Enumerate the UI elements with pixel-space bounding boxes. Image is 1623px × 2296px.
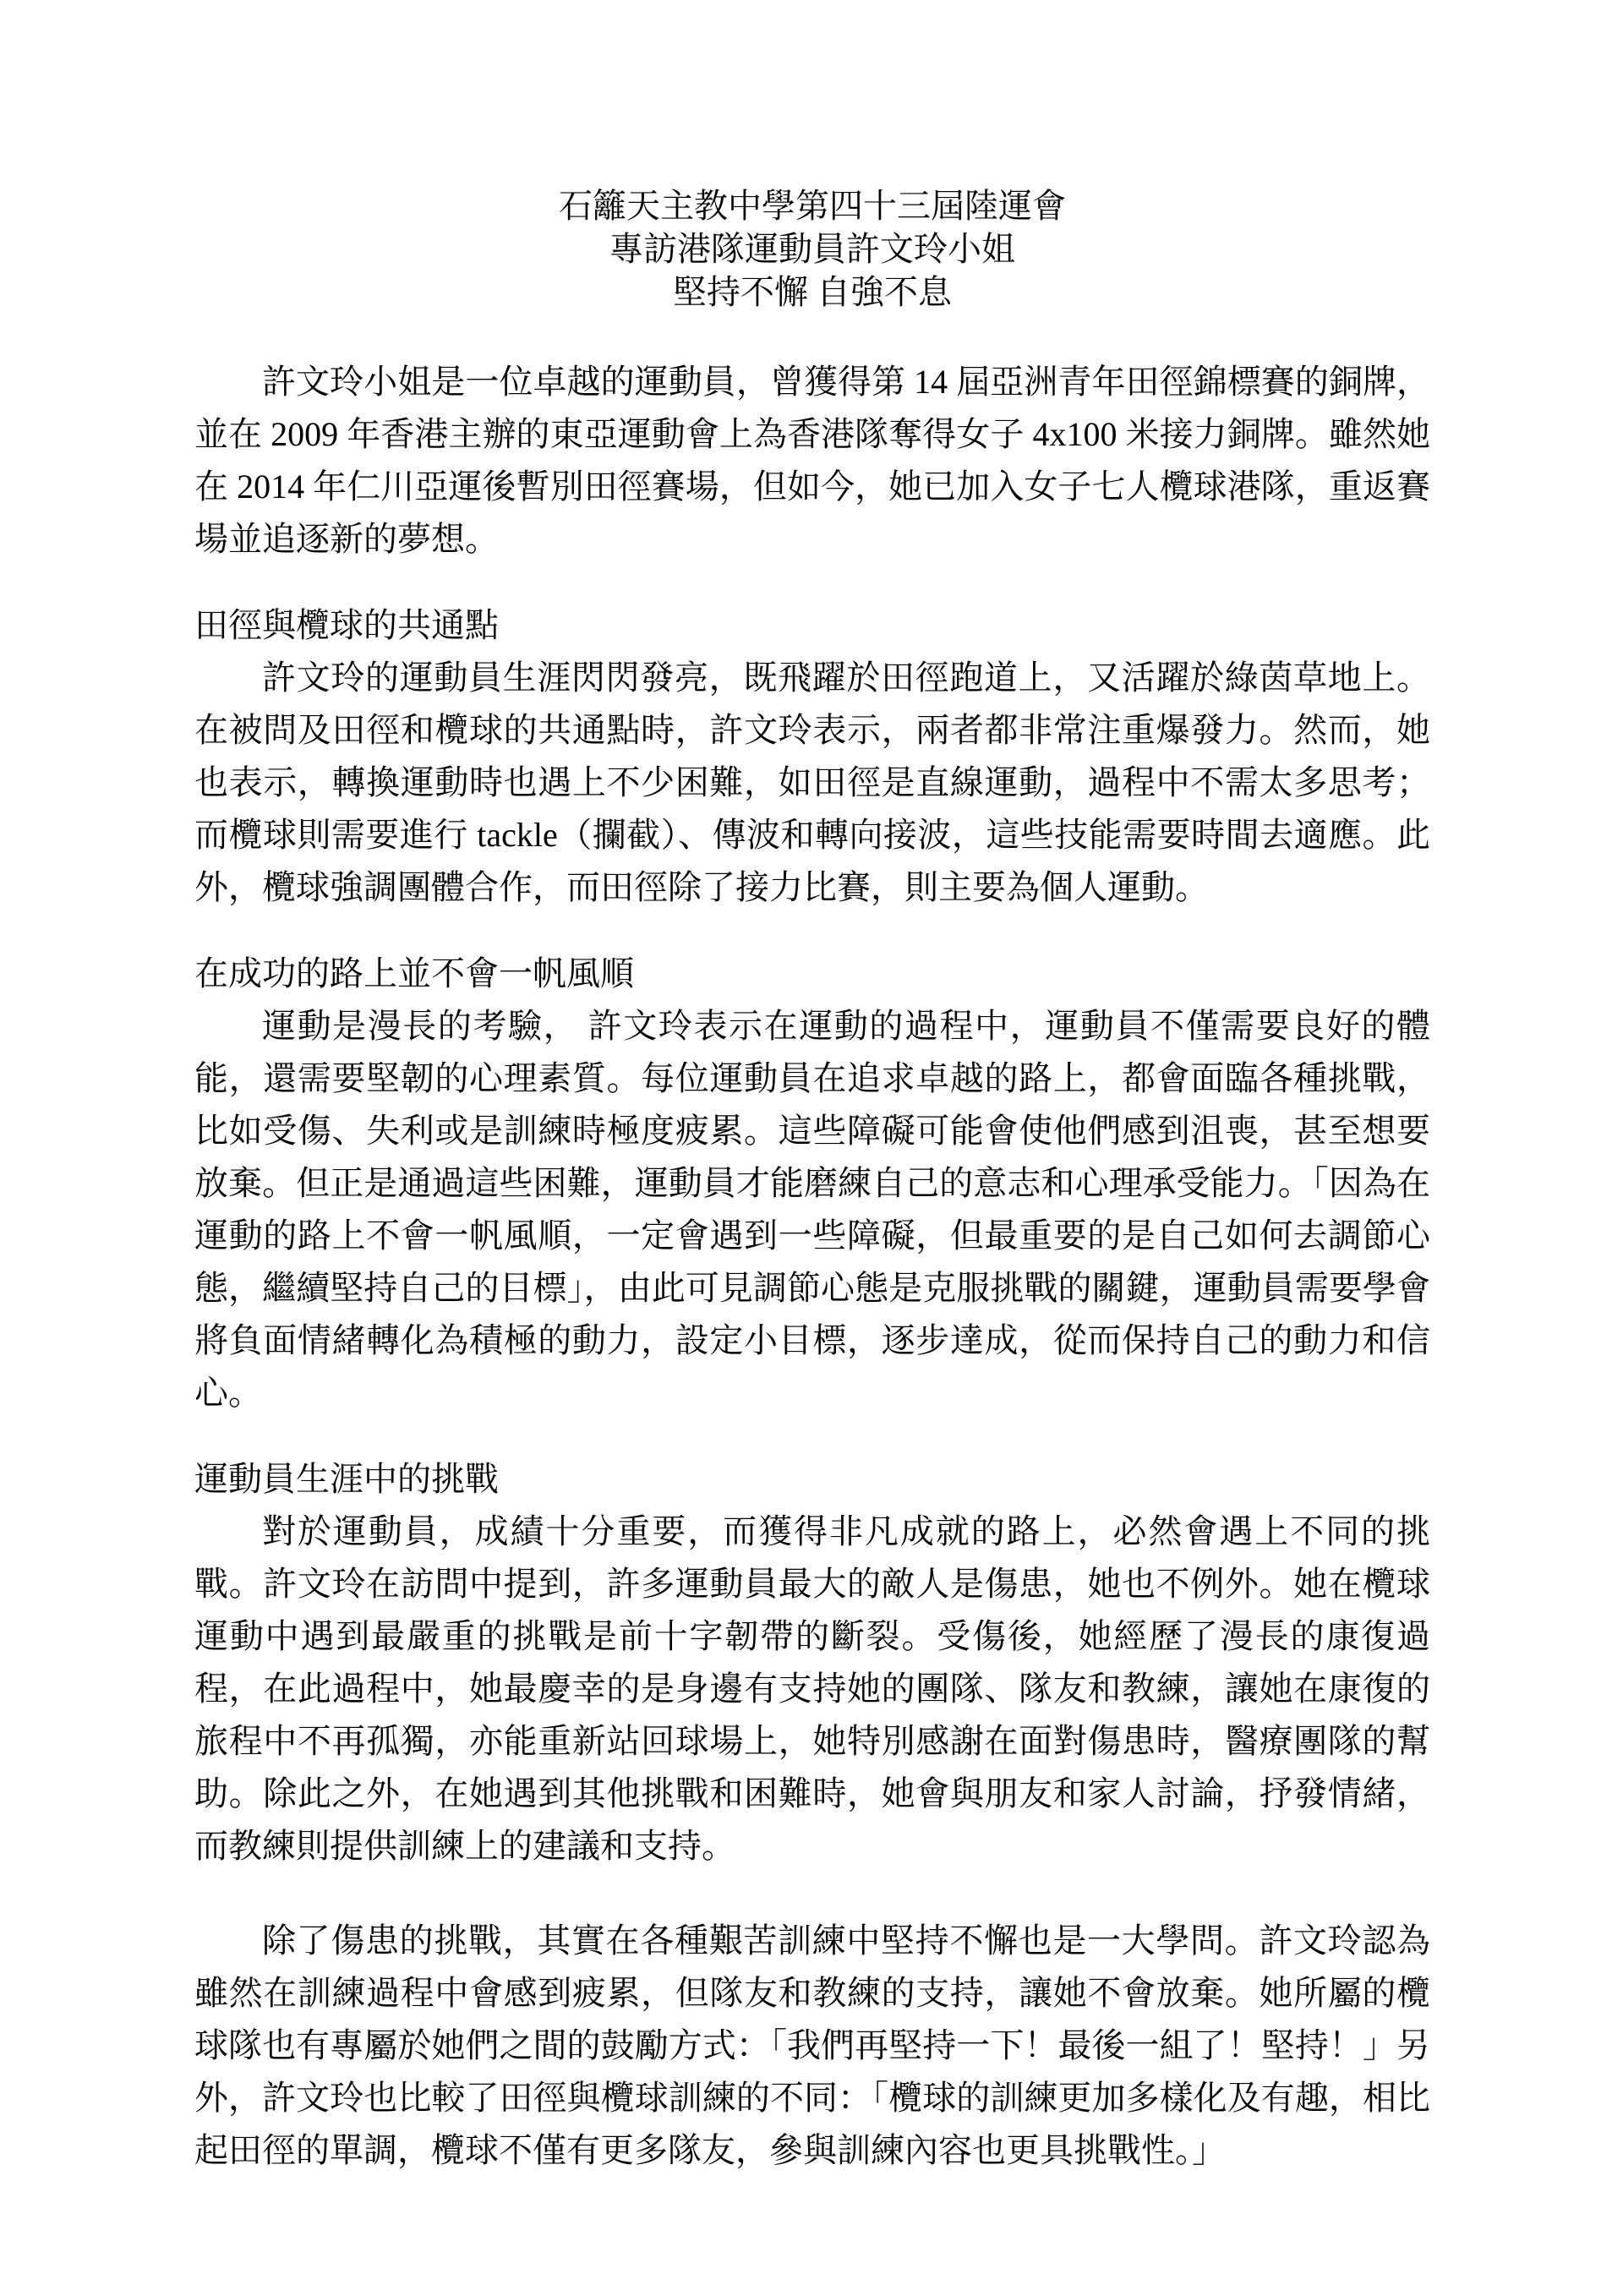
paragraph-mindset: 運動是漫長的考驗， 許文玲表示在運動的過程中，運動員不僅需要良好的體能，還需要堅…: [194, 1000, 1430, 1419]
paragraph-injury-challenges: 對於運動員，成績十分重要，而獲得非凡成就的路上，必然會遇上不同的挑戰。許文玲在訪…: [194, 1506, 1430, 1872]
heading-common-points: 田徑與欖球的共通點: [194, 599, 1430, 652]
title-line-interview-subject: 專訪港隊運動員許文玲小姐: [194, 227, 1430, 271]
heading-career-challenges: 運動員生涯中的挑戰: [194, 1453, 1430, 1506]
title-line-event: 石籬天主教中學第四十三屆陸運會: [194, 184, 1430, 227]
paragraph-common-points: 許文玲的運動員生涯閃閃發亮，既飛躍於田徑跑道上，又活躍於綠茵草地上。在被問及田徑…: [194, 652, 1430, 914]
paragraph-training-perseverance: 除了傷患的挑戰，其實在各種艱苦訓練中堅持不懈也是一大學問。許文玲認為雖然在訓練過…: [194, 1915, 1430, 2177]
document-page: 石籬天主教中學第四十三屆陸運會 專訪港隊運動員許文玲小姐 堅持不懈 自強不息 許…: [0, 0, 1623, 2296]
paragraph-intro: 許文玲小姐是一位卓越的運動員，曾獲得第 14 屆亞洲青年田徑錦標賽的銅牌，並在 …: [194, 356, 1430, 566]
title-line-motto: 堅持不懈 自強不息: [194, 271, 1430, 314]
heading-road-to-success: 在成功的路上並不會一帆風順: [194, 948, 1430, 1000]
document-title: 石籬天主教中學第四十三屆陸運會 專訪港隊運動員許文玲小姐 堅持不懈 自強不息: [194, 184, 1430, 314]
